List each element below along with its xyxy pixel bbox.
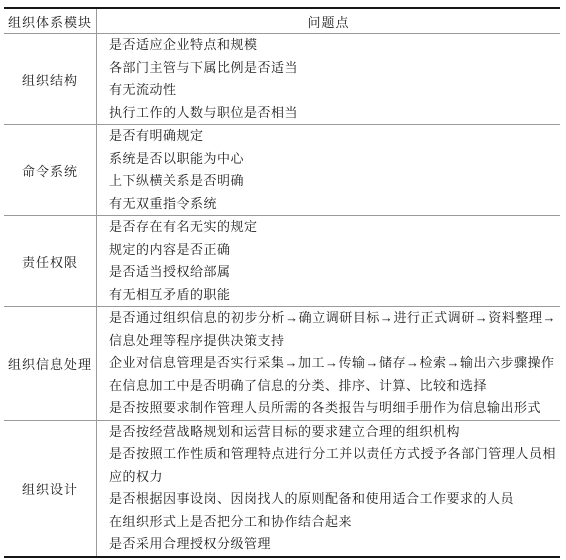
header-issue-column: 问题点 xyxy=(97,12,560,31)
module-label: 组织设计 xyxy=(4,421,97,556)
issue-list: 是否按经营战略规划和运营目标的要求建立合理的组织机构 是否按照工作性质和管理特点… xyxy=(97,421,560,556)
issue-item: 是否按照工作性质和管理特点进行分工并以责任方式授予各部门管理人员相应的权力 xyxy=(109,443,556,488)
issue-item: 是否按照要求制作管理人员所需的各类报告与明细手册作为信息输出形式 xyxy=(109,397,556,420)
issue-item: 企业对信息管理是否实行采集→加工→传输→储存→检索→输出六步骤操作 xyxy=(109,352,556,375)
issue-item: 有无流动性 xyxy=(109,79,556,102)
issue-item: 规定的内容是否正确 xyxy=(109,239,556,262)
issue-item: 是否有明确规定 xyxy=(109,125,556,148)
issue-item: 是否存在有名无实的规定 xyxy=(109,216,556,239)
table-row-org-design: 组织设计 是否按经营战略规划和运营目标的要求建立合理的组织机构 是否按照工作性质… xyxy=(4,421,560,556)
issue-item: 是否适应企业特点和规模 xyxy=(109,34,556,57)
table-row-responsibility-authority: 责任权限 是否存在有名无实的规定 规定的内容是否正确 是否适当授权给部属 有无相… xyxy=(4,216,560,307)
issue-list: 是否存在有名无实的规定 规定的内容是否正确 是否适当授权给部属 有无相互矛盾的职… xyxy=(97,216,560,306)
issue-item: 执行工作的人数与职位是否相当 xyxy=(109,102,556,125)
table-row-org-info-processing: 组织信息处理 是否通过组织信息的初步分析→确立调研目标→进行正式调研→资料整理→… xyxy=(4,307,560,421)
table-row-command-system: 命令系统 是否有明确规定 系统是否以职能为中心 上下纵横关系是否明确 有无双重指… xyxy=(4,125,560,216)
issue-item: 有无双重指令系统 xyxy=(109,193,556,216)
header-module-column: 组织体系模块 xyxy=(4,9,97,33)
issue-item: 是否通过组织信息的初步分析→确立调研目标→进行正式调研→资料整理→信息处理等程序… xyxy=(109,307,556,352)
module-label: 组织信息处理 xyxy=(4,307,97,420)
module-label: 命令系统 xyxy=(4,125,97,215)
issue-item: 有无相互矛盾的职能 xyxy=(109,284,556,307)
table-header-row: 组织体系模块 问题点 xyxy=(4,9,560,34)
issue-item: 是否按经营战略规划和运营目标的要求建立合理的组织机构 xyxy=(109,421,556,444)
module-label: 责任权限 xyxy=(4,216,97,306)
table-row-org-structure: 组织结构 是否适应企业特点和规模 各部门主管与下属比例是否适当 有无流动性 执行… xyxy=(4,34,560,125)
module-label: 组织结构 xyxy=(4,34,97,124)
issue-list: 是否有明确规定 系统是否以职能为中心 上下纵横关系是否明确 有无双重指令系统 xyxy=(97,125,560,215)
issue-item: 是否根据因事设岗、因岗找人的原则配备和使用适合工作要求的人员 xyxy=(109,488,556,511)
issue-list: 是否通过组织信息的初步分析→确立调研目标→进行正式调研→资料整理→信息处理等程序… xyxy=(97,307,560,420)
issue-item: 在信息加工中是否明确了信息的分类、排序、计算、比较和选择 xyxy=(109,375,556,398)
issue-list: 是否适应企业特点和规模 各部门主管与下属比例是否适当 有无流动性 执行工作的人数… xyxy=(97,34,560,124)
issue-item: 各部门主管与下属比例是否适当 xyxy=(109,57,556,80)
issue-item: 系统是否以职能为中心 xyxy=(109,148,556,171)
issue-item: 在组织形式上是否把分工和协作结合起来 xyxy=(109,511,556,534)
issue-item: 上下纵横关系是否明确 xyxy=(109,170,556,193)
document-page: 组织体系模块 问题点 组织结构 是否适应企业特点和规模 各部门主管与下属比例是否… xyxy=(0,0,566,560)
org-system-issues-table: 组织体系模块 问题点 组织结构 是否适应企业特点和规模 各部门主管与下属比例是否… xyxy=(4,7,560,558)
issue-item: 是否采用合理授权分级管理 xyxy=(109,533,556,556)
issue-item: 是否适当授权给部属 xyxy=(109,261,556,284)
